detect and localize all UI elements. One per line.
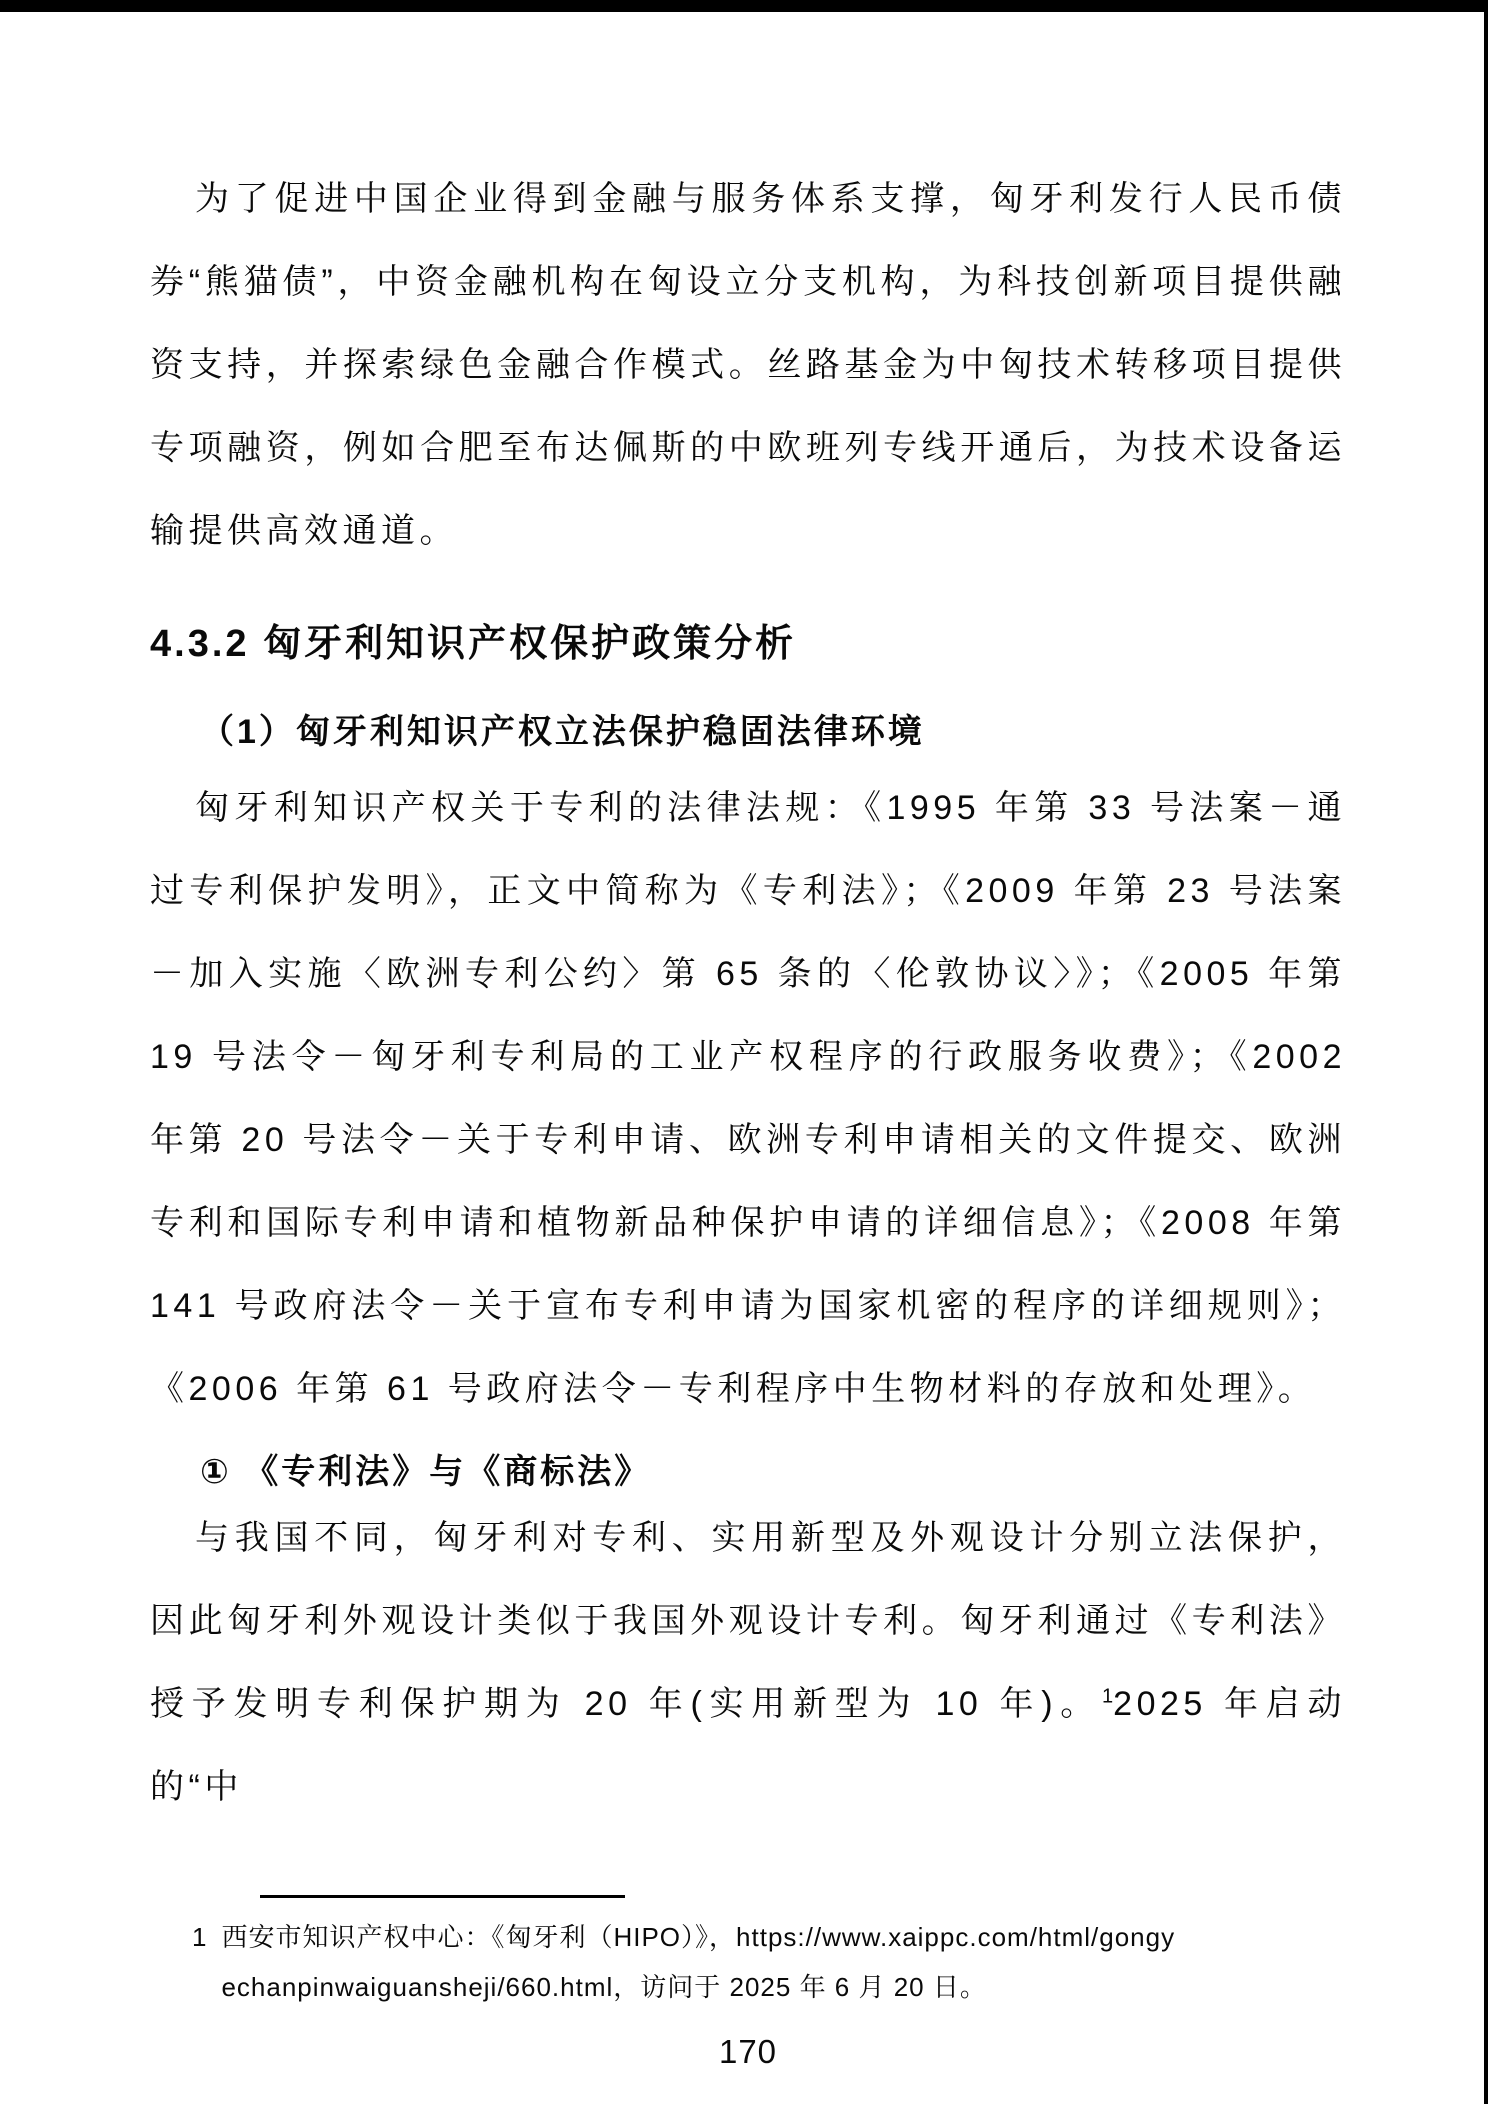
footnote: 1 西安市知识产权中心：《匈牙利（HIPO）》，https://www.xaip… — [192, 1912, 1346, 2012]
footnote-text-line-1: 西安市知识产权中心：《匈牙利（HIPO）》，https://www.xaippc… — [221, 1912, 1346, 1962]
paragraph-patent-laws-list: 匈牙利知识产权关于专利的法律法规：《1995 年第 33 号法案－通过专利保护发… — [150, 767, 1346, 1431]
footnote-number: 1 — [192, 1912, 207, 1962]
paragraph-finance-cooperation: 为了促进中国企业得到金融与服务体系支撑，匈牙利发行人民币债券“熊猫债”，中资金融… — [150, 158, 1346, 573]
document-page: 为了促进中国企业得到金融与服务体系支撑，匈牙利发行人民币债券“熊猫债”，中资金融… — [0, 0, 1488, 2104]
footnote-reference-mark: 1 — [1102, 1686, 1113, 1708]
footnote-text: 西安市知识产权中心：《匈牙利（HIPO）》，https://www.xaippc… — [221, 1912, 1346, 2012]
paragraph-patent-protection: 与我国不同，匈牙利对专利、实用新型及外观设计分别立法保护，因此匈牙利外观设计类似… — [150, 1497, 1346, 1829]
scan-edge-top — [0, 0, 1488, 12]
page-content: 为了促进中国企业得到金融与服务体系支撑，匈牙利发行人民币债券“熊猫债”，中资金融… — [150, 158, 1346, 2074]
section-heading-4-3-2: 4.3.2 匈牙利知识产权保护政策分析 — [150, 617, 1346, 671]
item-heading-patent-and-trademark-law: ① 《专利法》与《商标法》 — [150, 1447, 1346, 1497]
footnote-separator-rule — [260, 1895, 625, 1898]
page-number: 170 — [150, 2030, 1346, 2074]
subsection-heading-legislation: （1）匈牙利知识产权立法保护稳固法律环境 — [150, 707, 1346, 757]
scan-edge-right — [1484, 0, 1488, 2104]
footnote-text-line-2: echanpinwaiguansheji/660.html，访问于 2025 年… — [221, 1962, 1346, 2012]
